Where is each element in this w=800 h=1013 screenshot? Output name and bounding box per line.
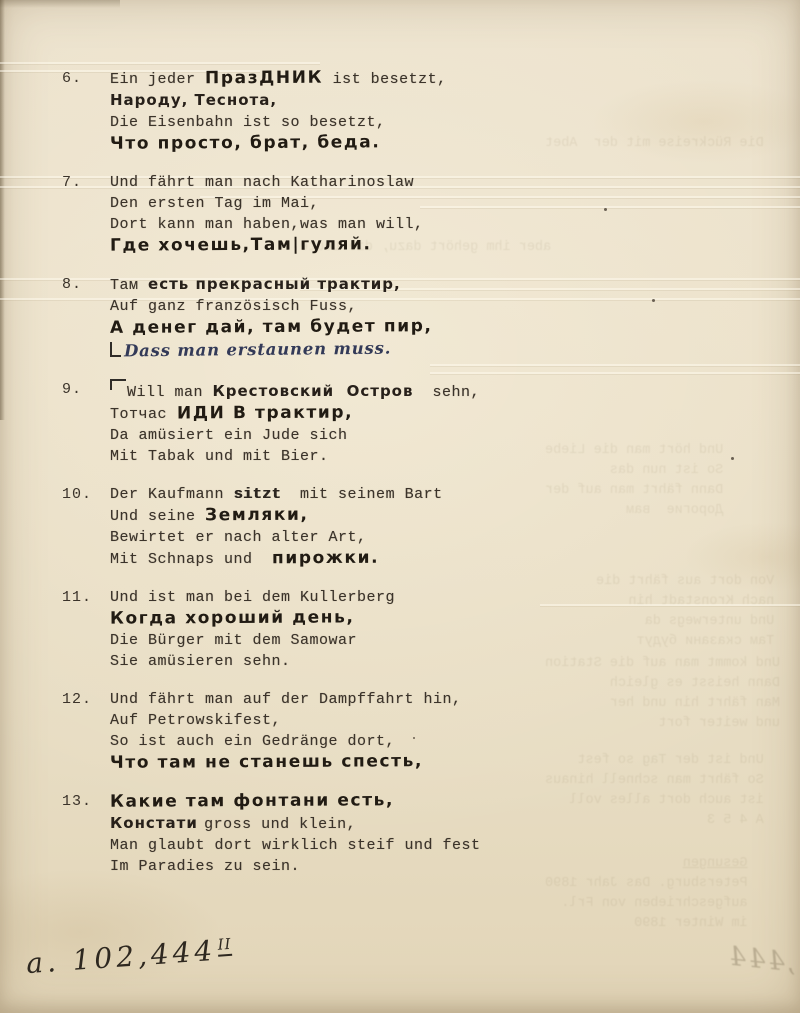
handwritten-cyrillic-text: есть прекрасный трактир, [148,274,401,295]
verse-line: Какие там фонтани есть, [110,791,622,813]
typewritten-text: Там [110,277,148,294]
handwritten-cyrillic-text: ПразДНИК [205,68,323,90]
scanned-document-page: Die Rückreise mit der Abetaber ihm gehör… [0,0,800,1013]
archive-catalog-number: a. 102,444II [25,933,233,980]
paper-edge-shadow-top [0,0,120,8]
typewritten-text: mit seinem Bart [281,486,443,503]
verse-line: Will man Крестовский Остров sehn, [110,379,622,403]
verse-line: Da amüsiert ein Jude sich [110,425,622,446]
verse-line: Auf Petrowskifest, [110,710,622,731]
verse-number: 6. [62,68,110,155]
verse-number: 11. [62,587,110,672]
catalog-number-bleedthrough: 102,444 [725,941,800,984]
verse-line: Man glaubt dort wirklich steif und fest [110,835,622,856]
verse-number: 7. [62,172,110,257]
verse-line: Auf ganz französisch Fuss, [110,296,622,317]
typewritten-text: sitzt [234,486,282,503]
typewritten-text: Dort kann man haben,was man will, [110,216,424,233]
verse-line: Dass man erstaunen muss. [110,339,622,362]
typewritten-text: Bewirtet er nach alter Art, [110,529,367,546]
verse-line: Когда хороший день, [110,608,622,630]
verse-line: Der Kaufmann sitzt mit seinem Bart [110,484,622,505]
verse-lines: Will man Крестовский Остров sehn,Тотчас … [110,379,622,467]
verse: 8.Там есть прекрасный трактир,Auf ganz f… [62,274,622,362]
ink-speck [731,457,734,460]
typewritten-text: So ist auch ein Gedränge dort, [110,733,395,750]
handwritten-cyrillic-text: ИДИ В трактир, [176,403,352,425]
verse-lines: Und fährt man auf der Dampffahrt hin,Auf… [110,689,622,774]
handwritten-cyrillic-text: Что просто, брат, беда. [110,132,380,154]
verse-lines: Какие там фонтани есть,Констати gross un… [110,791,622,877]
typewritten-text: Mit Schnaps und [110,551,272,568]
verse-line: Ein jeder ПразДНИК ist besetzt, [110,68,622,90]
typewritten-text: Die Eisenbahn ist so besetzt, [110,114,386,131]
verse-lines: Ein jeder ПразДНИК ist besetzt,Народу, Т… [110,68,622,155]
verse-line: Und ist man bei dem Kullerberg [110,587,622,608]
handwritten-bracket-mark [110,342,121,357]
verse-number: 8. [62,274,110,362]
verse-lines: Und ist man bei dem KullerbergКогда хоро… [110,587,622,672]
verse-line: Где хочешь,Там|гуляй. [110,235,622,257]
typewritten-text: Da amüsiert ein Jude sich [110,427,348,444]
verse: 11.Und ist man bei dem KullerbergКогда х… [62,587,622,672]
typewritten-text: Mit Tabak und mit Bier. [110,448,329,465]
typewritten-text: ist besetzt, [323,71,447,88]
handwritten-cyrillic-text: Что там не станешь спесть, [110,751,423,774]
handwritten-cyrillic-text: Какие там фонтани есть, [110,790,394,812]
verse-line: So ist auch ein Gedränge dort, [110,731,622,752]
verse-line: Bewirtet er nach alter Art, [110,527,622,548]
verse: 10.Der Kaufmann sitzt mit seinem BartUnd… [62,484,622,570]
typewritten-text: Und fährt man nach Katharinoslaw [110,174,414,191]
verse-line: Und fährt man auf der Dampffahrt hin, [110,689,622,710]
verse-line: Mit Tabak und mit Bier. [110,446,622,467]
verse-line: Mit Schnaps und пирожки. [110,548,622,570]
typewritten-text: Der Kaufmann [110,486,234,503]
verse: 7.Und fährt man nach KatharinoslawDen er… [62,172,622,257]
typewritten-text: gross und klein, [204,816,356,833]
typewritten-text: Ein jeder [110,71,205,88]
verse-line: Dort kann man haben,was man will, [110,214,622,235]
verse-line: Что там не станешь спесть, [110,752,622,774]
paper-edge-shadow-left [0,0,5,420]
typewritten-text: Sie amüsieren sehn. [110,653,291,670]
typewritten-text: Im Paradies zu sein. [110,858,300,875]
bleedthrough-text-block: Von dort aus fährt dienach Kronstadt hin… [596,572,774,652]
handwritten-cyrillic-text: А денег дай, там будет пир, [110,316,433,339]
verse-line: А денег дай, там будет пир, [110,317,622,339]
verse-line: Und seine Земляки, [110,505,622,527]
verse-line: Im Paradies zu sein. [110,856,622,877]
catalog-number-superscript: II [217,935,232,957]
verse-line: Sie amüsieren sehn. [110,651,622,672]
handwritten-cyrillic-text: Земляки, [205,505,309,527]
typewritten-text: Will man [127,384,213,401]
verse-number: 10. [62,484,110,570]
typewritten-text: Auf ganz französisch Fuss, [110,298,357,315]
verse-line: Там есть прекрасный трактир, [110,274,622,296]
handwritten-bracket-mark [110,379,126,390]
verse-line: Тотчас ИДИ В трактир, [110,403,622,425]
verse-number: 9. [62,379,110,467]
verse-number: 12. [62,689,110,774]
verse-lines: Der Kaufmann sitzt mit seinem BartUnd se… [110,484,622,570]
verse-lines: Und fährt man nach KatharinoslawDen erst… [110,172,622,257]
verse-number: 13. [62,791,110,877]
typewritten-text: Man glaubt dort wirklich steif und fest [110,837,481,854]
verse-line: Констати gross und klein, [110,813,622,835]
handwritten-cyrillic-text: Народу, Теснота, [110,90,277,111]
typewritten-text: Und fährt man auf der Dampffahrt hin, [110,691,462,708]
ink-speck [652,299,655,302]
verse: 6.Ein jeder ПразДНИК ist besetzt,Народу,… [62,68,622,155]
typewritten-text: Auf Petrowskifest, [110,712,281,729]
typewritten-text: sehn, [413,384,480,401]
paper-crease [0,62,320,64]
typewritten-text: Und ist man bei dem Kullerberg [110,589,395,606]
song-verses: 6.Ein jeder ПразДНИК ist besetzt,Народу,… [62,68,622,894]
typewritten-text: Und seine [110,508,205,525]
verse-line: Die Bürger mit dem Samowar [110,630,622,651]
handwritten-cyrillic-text: Констати [110,813,204,834]
verse-lines: Там есть прекрасный трактир,Auf ganz fra… [110,274,622,362]
catalog-number-main: a. 102,444 [25,934,217,980]
verse: 13.Какие там фонтани есть,Констати gross… [62,791,622,877]
typewritten-text: Den ersten Tag im Mai, [110,195,319,212]
verse: 9.Will man Крестовский Остров sehn,Тотча… [62,379,622,467]
handwritten-cyrillic-text: Крестовский Остров [213,381,414,402]
handwritten-cyrillic-text: Где хочешь,Там|гуляй. [110,234,372,256]
typewritten-text: Die Bürger mit dem Samowar [110,632,357,649]
verse-line: Народу, Теснота, [110,90,622,112]
handwritten-cursive-text: Dass man erstaunen muss. [124,338,391,362]
typewritten-text: Тотчас [110,406,177,423]
handwritten-cyrillic-text: Когда хороший день, [110,607,355,629]
verse-line: Und fährt man nach Katharinoslaw [110,172,622,193]
verse-line: Что просто, брат, беда. [110,133,622,155]
handwritten-cyrillic-text: пирожки. [271,548,378,570]
verse: 12.Und fährt man auf der Dampffahrt hin,… [62,689,622,774]
verse-line: Die Eisenbahn ist so besetzt, [110,112,622,133]
verse-line: Den ersten Tag im Mai, [110,193,622,214]
